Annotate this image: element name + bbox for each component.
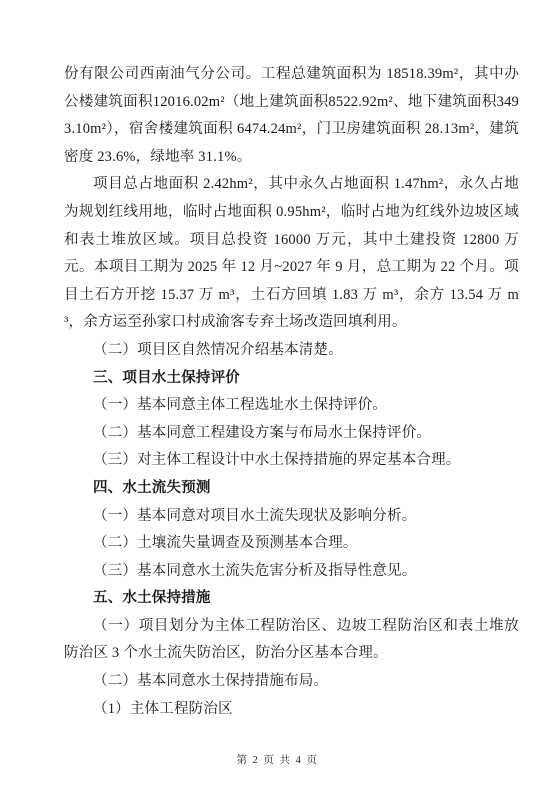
paragraph: （一）项目划分为主体工程防治区、边坡工程防治区和表土堆放防治区 3 个水土流失防…	[64, 613, 519, 668]
page-number-footer: 第 2 页 共 4 页	[0, 752, 555, 767]
paragraph: （一）基本同意对项目水土流失现状及影响分析。	[64, 503, 519, 531]
paragraph: （一）基本同意主体工程选址水土保持评价。	[64, 392, 519, 420]
document-body: 份有限公司西南油气分公司。工程总建筑面积为 18518.39m²，其中办公楼建筑…	[64, 61, 519, 723]
paragraph: （三）对主体工程设计中水土保持措施的界定基本合理。	[64, 447, 519, 475]
paragraph: 份有限公司西南油气分公司。工程总建筑面积为 18518.39m²，其中办公楼建筑…	[64, 61, 519, 171]
paragraph: （二）项目区自然情况介绍基本清楚。	[64, 337, 519, 365]
section-heading: 四、水土流失预测	[64, 475, 519, 503]
paragraph: （二）基本同意水土保持措施布局。	[64, 668, 519, 696]
paragraph: （二）土壤流失量调查及预测基本合理。	[64, 530, 519, 558]
paragraph: （三）基本同意水土流失危害分析及指导性意见。	[64, 558, 519, 586]
section-heading: 五、水土保持措施	[64, 585, 519, 613]
document-page: 份有限公司西南油气分公司。工程总建筑面积为 18518.39m²，其中办公楼建筑…	[0, 0, 555, 805]
paragraph: 项目总占地面积 2.42hm²，其中永久占地面积 1.47hm²，永久占地为规划…	[64, 171, 519, 337]
paragraph: （1）主体工程防治区	[64, 696, 519, 724]
paragraph: （二）基本同意工程建设方案与布局水土保持评价。	[64, 420, 519, 448]
section-heading: 三、项目水土保持评价	[64, 365, 519, 393]
